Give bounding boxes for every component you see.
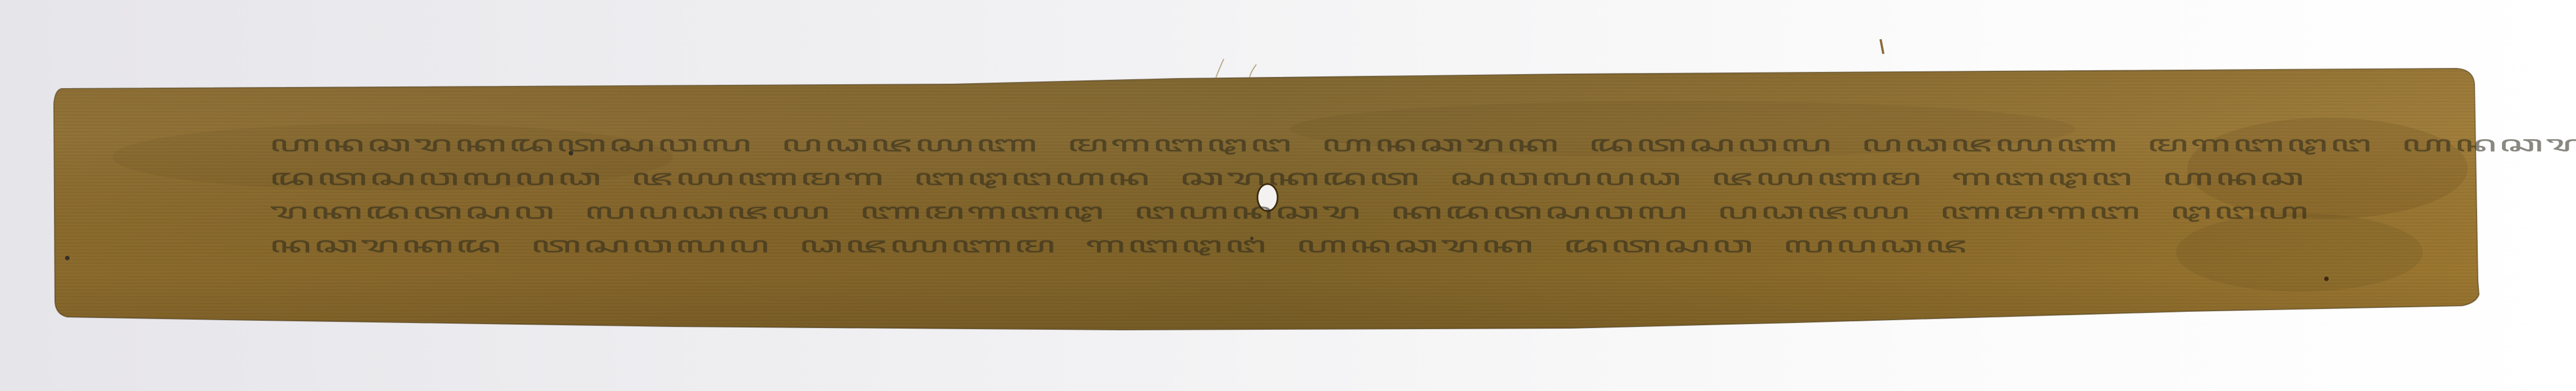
palm-leaf-manuscript: ꦲꦤꦕꦫꦏꦢꦠꦱꦮꦭ ꦥꦣꦗꦪꦚ ꦩꦒꦧꦛꦔ ꦲꦤꦕꦫꦏ ꦢꦠꦱꦮꦭ ꦥꦣꦗꦪꦚ… xyxy=(0,0,2576,391)
script-line-4: ꦤꦕꦫꦏꦢ ꦠꦱꦮꦭꦥ ꦣꦗꦪꦚꦩ ꦒꦧꦛꦔ ꦲꦤꦕꦫꦏ ꦢꦠꦱꦮ ꦭꦥꦣꦗ xyxy=(269,227,1969,273)
